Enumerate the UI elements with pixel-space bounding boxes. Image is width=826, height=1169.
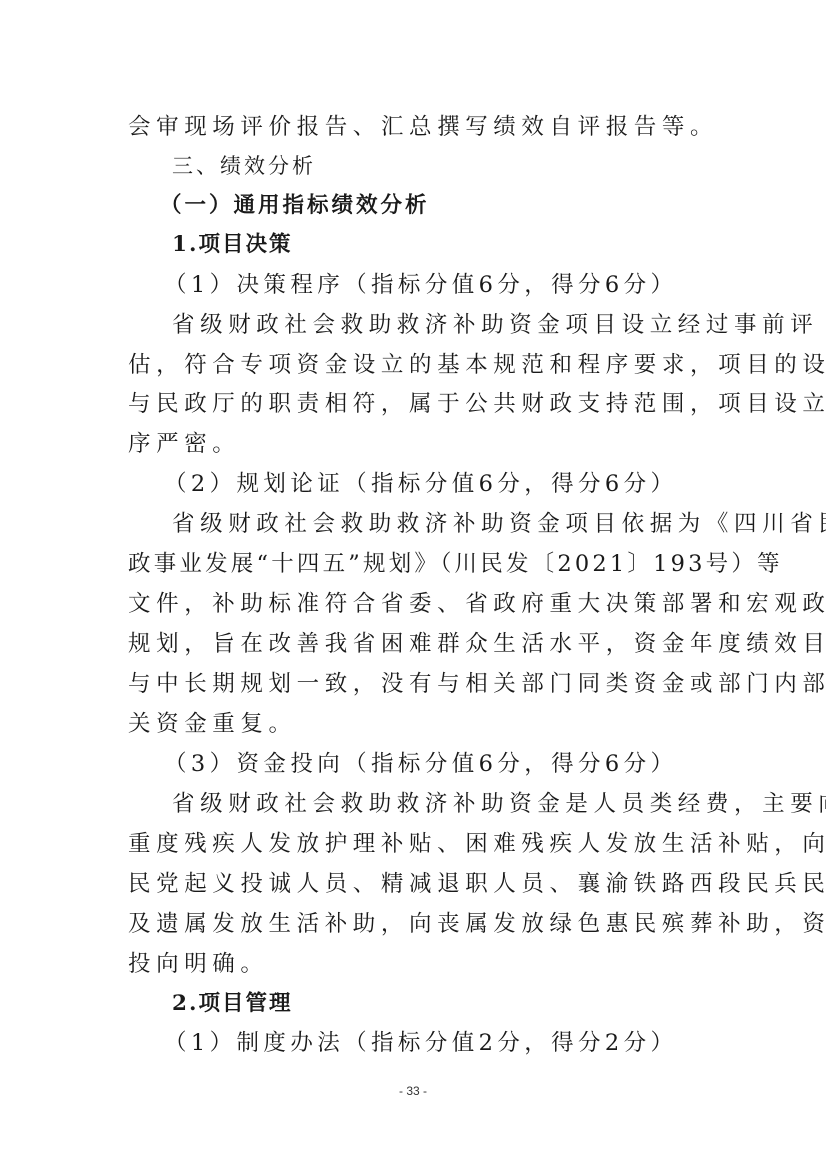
paragraph-line: 与民政厅的职责相符，属于公共财政支持范围，项目设立程 <box>128 389 700 419</box>
page-number: - 33 - <box>0 1084 826 1098</box>
document-page: 会审现场评价报告、汇总撰写绩效自评报告等。 三、绩效分析 （一）通用指标绩效分析… <box>0 0 826 1169</box>
item-heading: （2）规划论证（指标分值6分，得分6分） <box>164 469 736 499</box>
item-heading: （1）决策程序（指标分值6分，得分6分） <box>164 270 736 300</box>
item-heading: （3）资金投向（指标分值6分，得分6分） <box>164 749 736 779</box>
paragraph-line: 及遗属发放生活补助，向丧属发放绿色惠民殡葬补助，资金 <box>128 909 700 939</box>
numbered-heading: 2.项目管理 <box>172 989 744 1019</box>
paragraph-line: 省级财政社会救助救济补助资金项目设立经过事前评 <box>172 310 744 340</box>
paragraph-line: 规划，旨在改善我省困难群众生活水平，资金年度绩效目标 <box>128 629 700 659</box>
paragraph-line: 民党起义投诚人员、精减退职人员、襄渝铁路西段民兵民工 <box>128 869 700 899</box>
numbered-heading: 1.项目决策 <box>172 230 744 260</box>
item-heading: （1）制度办法（指标分值2分，得分2分） <box>164 1028 736 1058</box>
section-heading: 三、绩效分析 <box>172 151 744 181</box>
paragraph-line: 省级财政社会救助救济补助资金项目依据为《四川省民 <box>172 509 744 539</box>
paragraph-line: 投向明确。 <box>128 949 700 979</box>
paragraph-line: 省级财政社会救助救济补助资金是人员类经费，主要向 <box>172 789 744 819</box>
paragraph-line: 政事业发展“十四五”规划》（川民发〔2021〕193号）等 <box>128 549 700 579</box>
subsection-heading: （一）通用指标绩效分析 <box>160 191 732 221</box>
paragraph-line: 重度残疾人发放护理补贴、困难残疾人发放生活补贴，向国 <box>128 829 700 859</box>
paragraph-continuation: 会审现场评价报告、汇总撰写绩效自评报告等。 <box>128 112 700 142</box>
paragraph-line: 文件，补助标准符合省委、省政府重大决策部署和宏观政策 <box>128 589 700 619</box>
paragraph-line: 估，符合专项资金设立的基本规范和程序要求，项目的设立 <box>128 350 700 380</box>
paragraph-line: 与中长期规划一致，没有与相关部门同类资金或部门内部相 <box>128 669 700 699</box>
paragraph-line: 关资金重复。 <box>128 709 700 739</box>
paragraph-line: 序严密。 <box>128 429 700 459</box>
